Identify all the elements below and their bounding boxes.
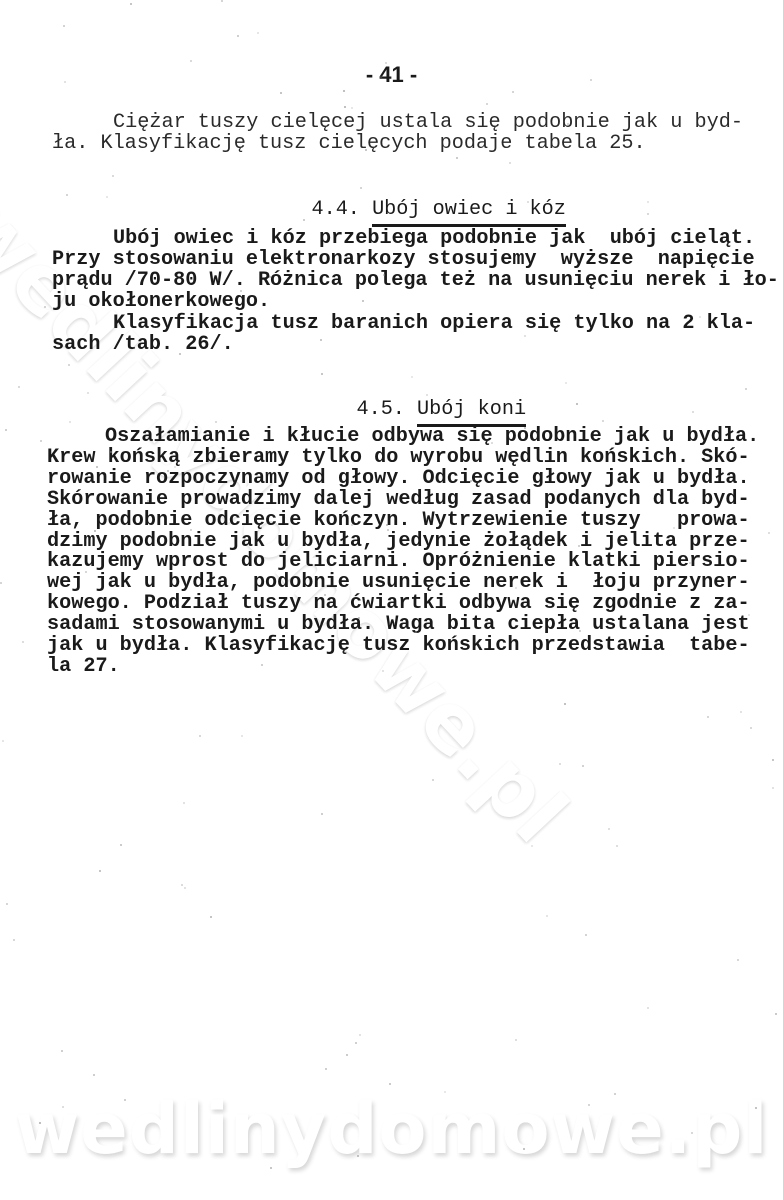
noise-speck xyxy=(167,470,169,472)
noise-speck xyxy=(147,500,149,502)
noise-speck xyxy=(221,0,223,2)
noise-speck xyxy=(13,939,15,941)
noise-speck xyxy=(63,25,65,27)
noise-speck xyxy=(181,884,183,886)
paragraph-1-line: ła. Klasyfikację tusz cielęcych podaje t… xyxy=(52,133,646,154)
noise-speck xyxy=(531,845,533,847)
noise-speck xyxy=(2,740,4,742)
noise-speck xyxy=(99,870,101,872)
noise-speck xyxy=(342,450,344,452)
document-page: wedlinydomowe.pl wedlinydomowe.pl - 41 -… xyxy=(0,0,783,1200)
noise-speck xyxy=(389,1083,391,1085)
noise-speck xyxy=(191,145,193,147)
noise-speck xyxy=(745,388,747,390)
noise-speck xyxy=(768,532,770,534)
noise-speck xyxy=(512,91,514,93)
paragraph-4-line: Krew końską zbieramy tylko do wyrobu węd… xyxy=(47,447,750,468)
noise-speck xyxy=(737,959,739,961)
noise-speck xyxy=(590,79,592,81)
paragraph-3-line: Klasyfikacja tusz baranich opiera się ty… xyxy=(113,313,755,334)
noise-speck xyxy=(470,480,472,482)
noise-speck xyxy=(240,290,242,292)
noise-speck xyxy=(582,765,584,767)
noise-speck xyxy=(437,582,439,584)
noise-speck xyxy=(190,529,192,531)
noise-speck xyxy=(380,76,382,78)
noise-speck xyxy=(174,466,176,468)
noise-speck xyxy=(130,3,132,5)
noise-speck xyxy=(67,251,69,253)
noise-speck xyxy=(64,81,66,83)
noise-speck xyxy=(22,641,24,643)
noise-speck xyxy=(567,123,569,125)
paragraph-4-line: kazujemy wprost do jeliciarni. Opróżnien… xyxy=(47,551,750,572)
noise-speck xyxy=(321,373,323,375)
noise-speck xyxy=(509,162,511,164)
noise-speck xyxy=(382,670,384,672)
noise-speck xyxy=(432,779,434,781)
noise-speck xyxy=(602,420,604,422)
noise-speck xyxy=(358,617,360,619)
noise-speck xyxy=(608,828,610,830)
noise-speck xyxy=(740,711,742,713)
noise-speck xyxy=(179,353,181,355)
noise-speck xyxy=(524,335,526,337)
noise-speck xyxy=(772,787,774,789)
noise-speck xyxy=(321,813,323,815)
noise-speck xyxy=(362,300,364,302)
paragraph-4-line: jak u bydła. Klasyfikację tusz końskich … xyxy=(47,635,750,656)
noise-speck xyxy=(616,845,618,847)
noise-speck xyxy=(110,451,112,453)
noise-speck xyxy=(325,1068,327,1070)
noise-speck xyxy=(456,157,458,159)
noise-speck xyxy=(750,727,752,729)
noise-speck xyxy=(523,1148,525,1150)
noise-speck xyxy=(343,90,345,92)
paragraph-4-line: rowanie rozpoczynamy od głowy. Odcięcie … xyxy=(47,468,750,489)
section-number: 4.5. xyxy=(356,398,417,421)
paragraph-1-line: Ciężar tuszy cielęcej ustala się podobni… xyxy=(113,112,743,133)
noise-speck xyxy=(772,759,774,761)
noise-speck xyxy=(491,442,493,444)
noise-speck xyxy=(257,32,259,34)
noise-speck xyxy=(66,194,68,196)
noise-speck xyxy=(18,386,20,388)
watermark-bottom: wedlinydomowe.pl xyxy=(0,1088,783,1170)
noise-speck xyxy=(6,903,8,905)
noise-speck xyxy=(360,187,362,189)
noise-speck xyxy=(444,1091,446,1093)
noise-speck xyxy=(565,382,567,384)
noise-speck xyxy=(210,916,212,918)
noise-speck xyxy=(647,201,649,203)
noise-speck xyxy=(524,427,526,429)
noise-speck xyxy=(69,421,71,423)
noise-speck xyxy=(44,306,46,308)
noise-speck xyxy=(699,316,701,318)
noise-speck xyxy=(673,527,675,529)
noise-speck xyxy=(575,318,577,320)
noise-speck xyxy=(486,103,488,105)
noise-speck xyxy=(706,631,708,633)
noise-speck xyxy=(124,1099,126,1101)
paragraph-4-line: dzimy podobnie jak u bydła, jedynie żołą… xyxy=(47,531,750,552)
paragraph-4-line: la 27. xyxy=(47,656,120,677)
section-title: Ubój koni xyxy=(417,398,526,427)
noise-speck xyxy=(344,106,346,108)
noise-speck xyxy=(385,62,387,64)
noise-speck xyxy=(112,175,114,177)
noise-speck xyxy=(527,201,529,203)
noise-speck xyxy=(576,403,578,405)
noise-speck xyxy=(237,35,239,37)
paragraph-2-line: ju okołonerkowego. xyxy=(52,291,270,312)
noise-speck xyxy=(647,213,649,215)
noise-speck xyxy=(755,1107,757,1109)
noise-speck xyxy=(357,1155,359,1157)
paragraph-4-line: Skórowanie prowadzimy dalej według zasad… xyxy=(47,489,750,510)
noise-speck xyxy=(359,1034,361,1036)
noise-speck xyxy=(215,421,217,423)
section-title: Ubój owiec i kóz xyxy=(372,198,566,227)
noise-speck xyxy=(270,1167,272,1169)
noise-speck xyxy=(199,735,201,737)
noise-speck xyxy=(261,664,263,666)
noise-speck xyxy=(546,915,548,917)
noise-speck xyxy=(0,582,2,584)
noise-speck xyxy=(184,887,186,889)
noise-speck xyxy=(559,763,561,765)
noise-speck xyxy=(351,524,353,526)
noise-speck xyxy=(280,92,282,94)
noise-speck xyxy=(702,125,704,127)
paragraph-4-line: Oszałamianie i kłucie odbywa się podobni… xyxy=(105,426,759,447)
noise-speck xyxy=(515,1039,517,1041)
noise-speck xyxy=(40,440,42,442)
noise-speck xyxy=(707,716,709,718)
noise-speck xyxy=(351,107,353,109)
noise-speck xyxy=(241,735,243,737)
noise-speck xyxy=(355,1042,357,1044)
noise-speck xyxy=(320,339,322,341)
noise-speck xyxy=(5,429,7,431)
section-number: 4.4. xyxy=(311,198,359,221)
noise-speck xyxy=(515,587,517,589)
paragraph-2-line: prądu /70-80 W/. Różnica polega też na u… xyxy=(52,270,779,291)
noise-speck xyxy=(93,1074,95,1076)
noise-speck xyxy=(85,571,87,573)
noise-speck xyxy=(96,466,98,468)
noise-speck xyxy=(444,257,446,259)
noise-speck xyxy=(411,376,413,378)
paragraph-4-line: ła, podobnie odcięcie kończyn. Wytrzewie… xyxy=(47,510,750,531)
noise-speck xyxy=(303,219,305,221)
noise-speck xyxy=(94,530,96,532)
noise-speck xyxy=(269,276,271,278)
noise-speck xyxy=(415,631,417,633)
paragraph-2-line: Ubój owiec i kóz przebiega podobnie jak … xyxy=(113,228,755,249)
noise-speck xyxy=(585,934,587,936)
noise-speck xyxy=(386,524,388,526)
noise-speck xyxy=(426,394,428,396)
noise-speck xyxy=(383,274,385,276)
noise-speck xyxy=(588,1104,590,1106)
noise-speck xyxy=(324,594,326,596)
noise-speck xyxy=(195,480,197,482)
paragraph-4-line: sadami stosowanymi u bydła. Waga bita ci… xyxy=(47,614,750,635)
noise-speck xyxy=(106,196,108,198)
noise-speck xyxy=(346,1054,348,1056)
noise-speck xyxy=(692,411,694,413)
paragraph-3-line: sach /tab. 26/. xyxy=(52,334,234,355)
noise-speck xyxy=(479,645,481,647)
noise-speck xyxy=(61,1050,63,1052)
noise-speck xyxy=(62,1106,64,1108)
page-number: - 41 - xyxy=(0,62,783,88)
noise-speck xyxy=(183,802,185,804)
noise-speck xyxy=(564,703,566,705)
paragraph-2-line: Przy stosowaniu elektronarkozy stosujemy… xyxy=(52,249,755,270)
noise-speck xyxy=(578,545,580,547)
noise-speck xyxy=(190,60,192,62)
paragraph-4-line: kowego. Podział tuszy na ćwiartki odbywa… xyxy=(47,593,750,614)
noise-speck xyxy=(775,1013,777,1015)
noise-speck xyxy=(691,1132,693,1134)
noise-speck xyxy=(87,392,89,394)
noise-speck xyxy=(68,364,70,366)
noise-speck xyxy=(39,1122,41,1124)
noise-speck xyxy=(614,1093,616,1095)
noise-speck xyxy=(689,562,691,564)
noise-speck xyxy=(748,614,750,616)
noise-speck xyxy=(365,149,367,151)
noise-speck xyxy=(387,529,389,531)
noise-speck xyxy=(475,459,477,461)
noise-speck xyxy=(120,844,122,846)
noise-speck xyxy=(579,630,581,632)
noise-speck xyxy=(387,501,389,503)
paragraph-4-line: wej jak u bydła, podobnie usunięcie nere… xyxy=(47,572,750,593)
noise-speck xyxy=(647,1007,649,1009)
